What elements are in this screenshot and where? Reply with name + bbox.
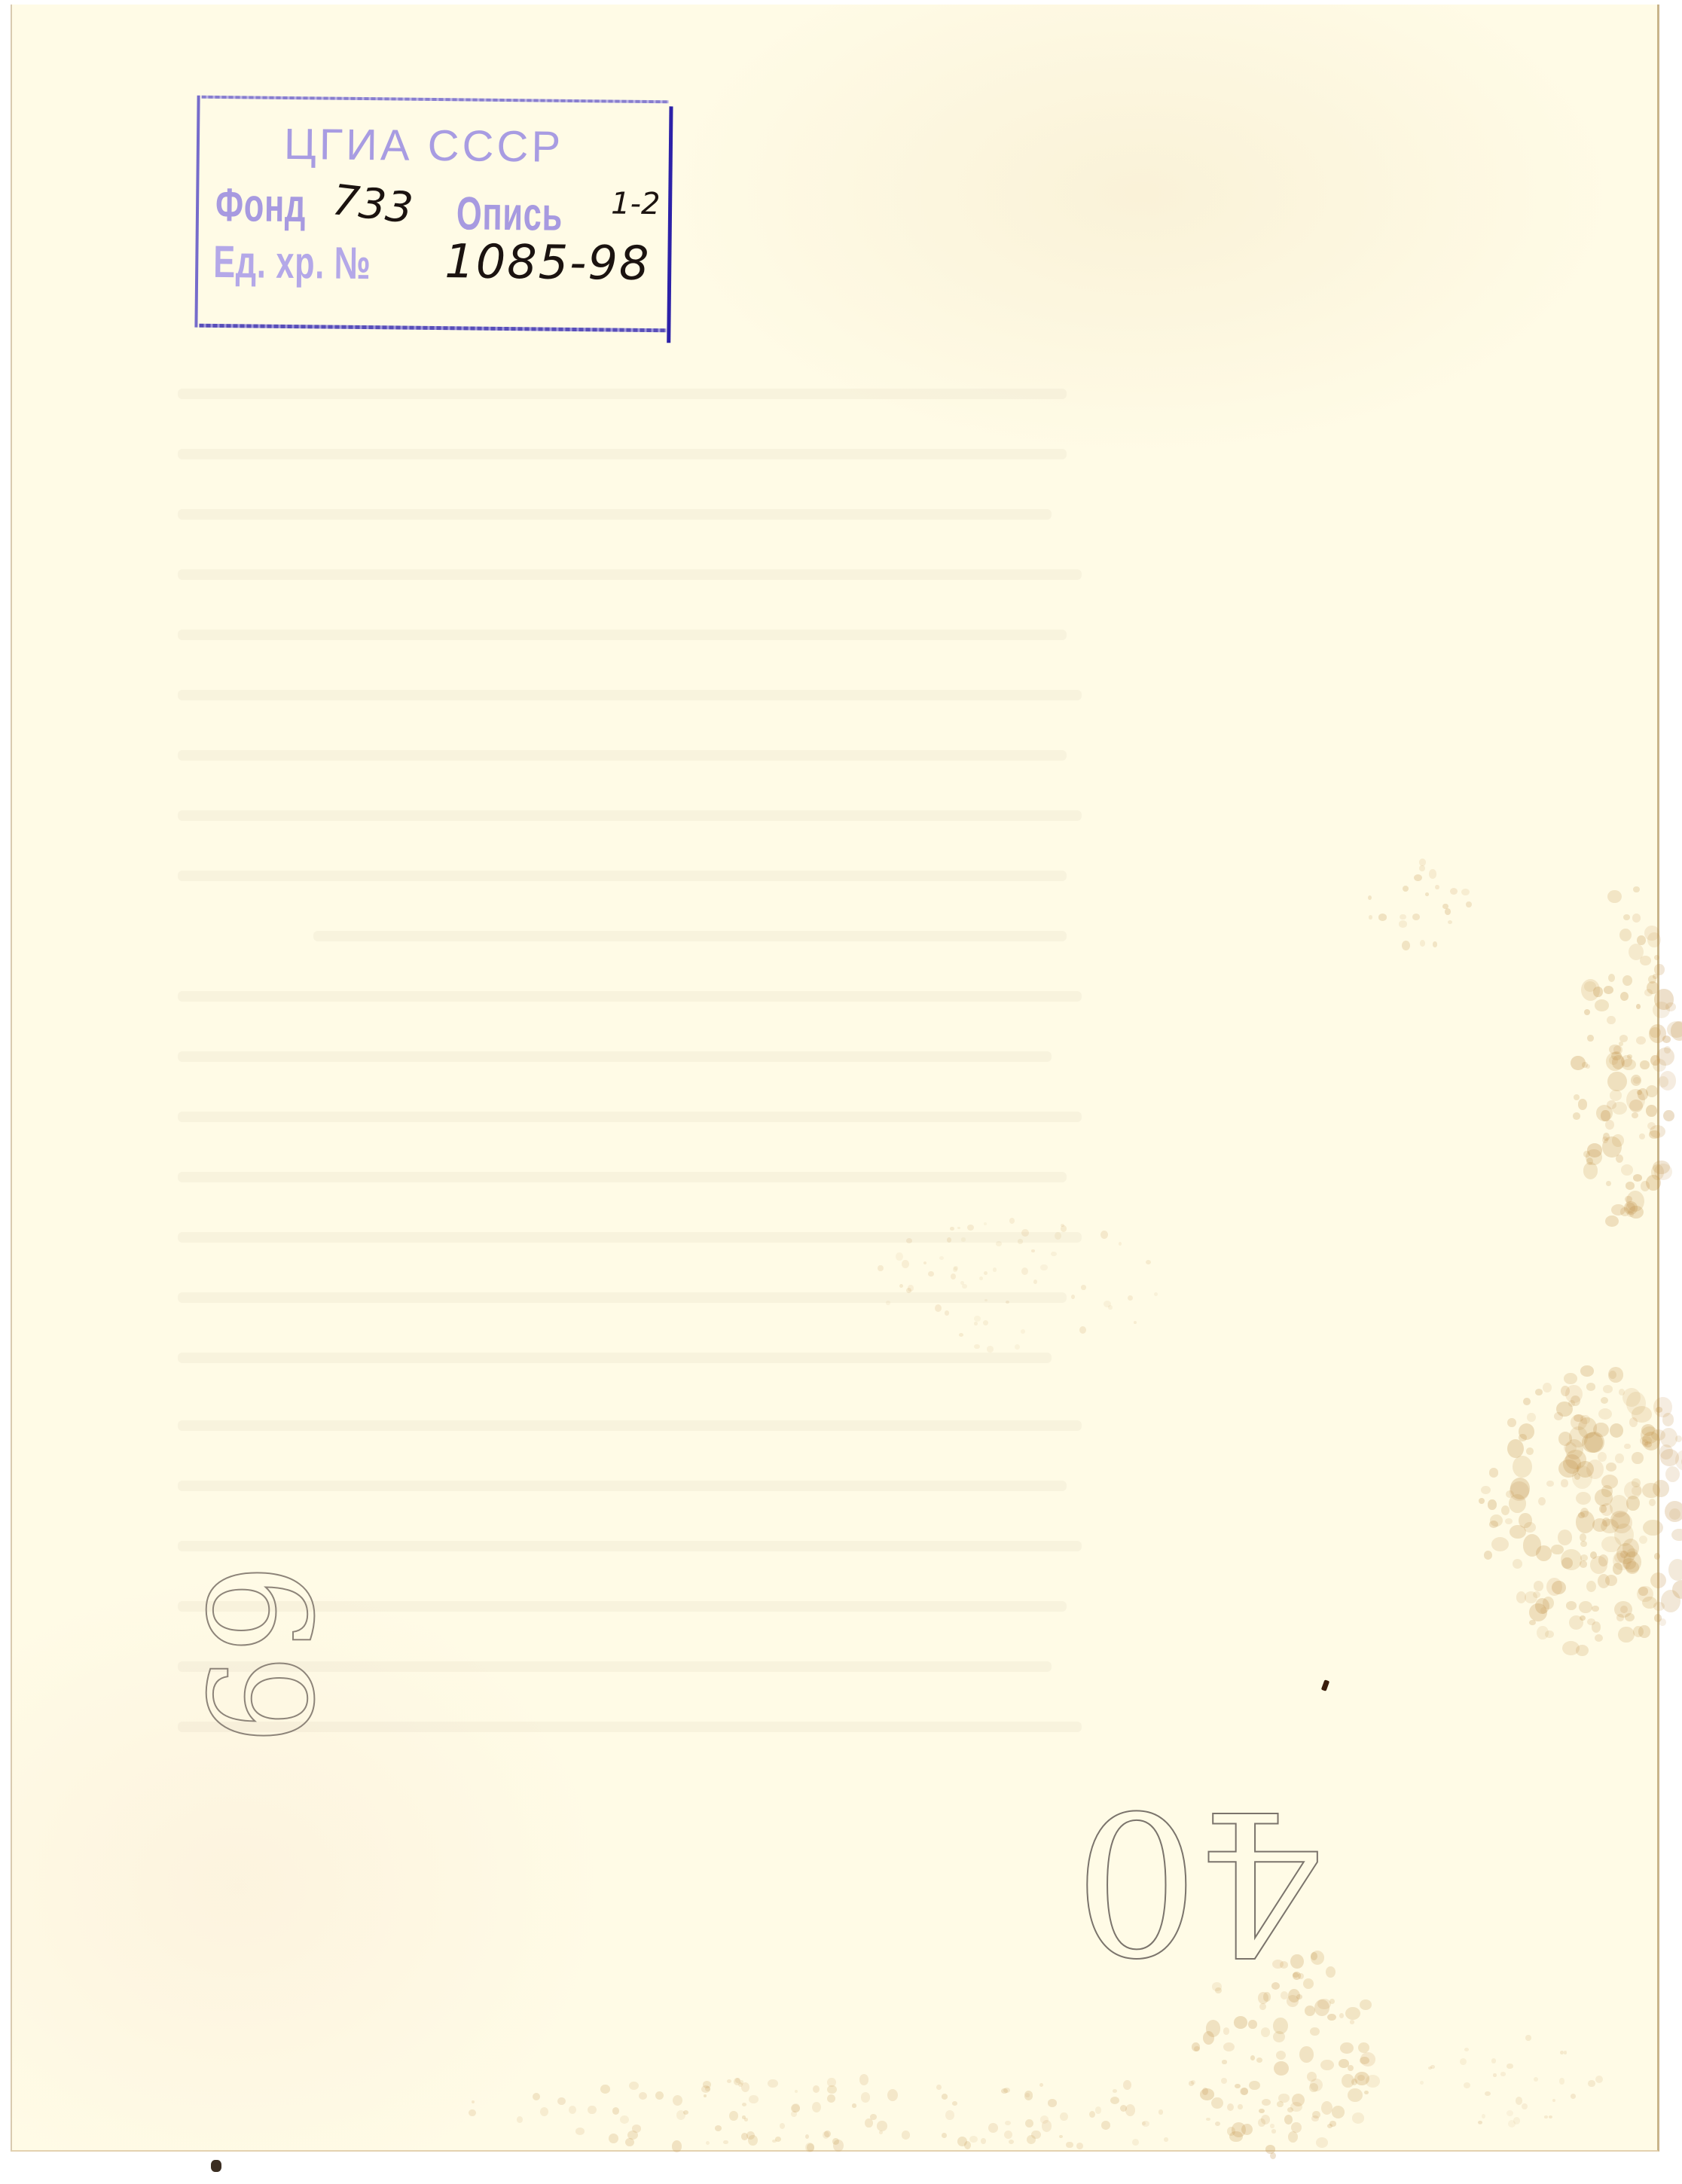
handwritten-item-number: 1085-98 xyxy=(444,233,651,291)
ink-speck xyxy=(1321,1679,1329,1691)
archive-stamp: ЦГИА СССР Фонд Опись Ед. хр. № 733 1-2 1… xyxy=(199,96,668,332)
stamp-frame-left xyxy=(194,96,200,328)
paper-sheet: ЦГИА СССР Фонд Опись Ед. хр. № 733 1-2 1… xyxy=(11,5,1659,2152)
stamp-frame-right xyxy=(667,106,673,343)
handwritten-opis-number: 1-2 xyxy=(611,186,661,221)
pencil-folio-number: 69 xyxy=(174,1563,340,1746)
stamp-fond-label: Фонд xyxy=(215,178,307,233)
stamp-frame-top xyxy=(202,96,669,103)
stamp-frame-bottom xyxy=(199,324,666,332)
pencil-page-number: 40 xyxy=(1074,1767,1323,1994)
stamp-title: ЦГИА СССР xyxy=(284,119,564,172)
scan-debris xyxy=(211,2160,221,2172)
stamp-item-label: Ед. хр. № xyxy=(213,236,371,289)
handwritten-fond-number: 733 xyxy=(330,175,416,233)
